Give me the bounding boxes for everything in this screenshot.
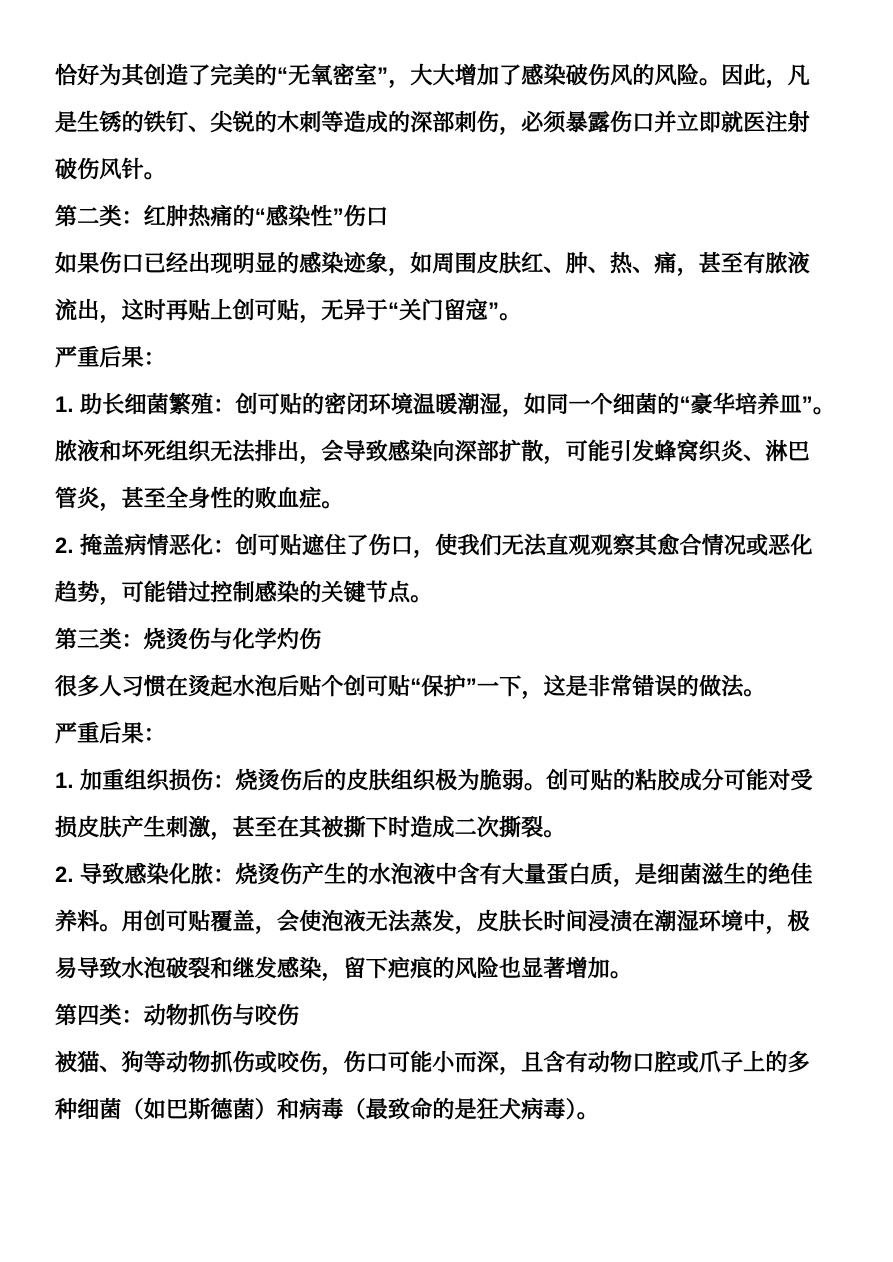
paragraph-line: 管炎，甚至全身性的败血症。 [55, 475, 865, 522]
list-item-line: 1. 助长细菌繁殖：创可贴的密闭环境温暖潮湿，如同一个细菌的“豪华培养皿”。 [55, 381, 865, 428]
consequences-label-line: 严重后果： [55, 334, 865, 381]
paragraph-line: 很多人习惯在烫起水泡后贴个创可贴“保护”一下，这是非常错误的做法。 [55, 663, 865, 710]
document-text-block: 恰好为其创造了完美的“无氧密室”，大大增加了感染破伤风的风险。因此，凡 是生锈的… [55, 52, 865, 1133]
section-heading-line: 第二类：红肿热痛的“感染性”伤口 [55, 193, 865, 240]
consequences-label-line: 严重后果： [55, 710, 865, 757]
section-heading-line: 第三类：烧烫伤与化学灼伤 [55, 616, 865, 663]
paragraph-line: 脓液和坏死组织无法排出，会导致感染向深部扩散，可能引发蜂窝织炎、淋巴 [55, 428, 865, 475]
paragraph-line: 种细菌（如巴斯德菌）和病毒（最致命的是狂犬病毒）。 [55, 1086, 865, 1133]
list-item-line: 2. 导致感染化脓：烧烫伤产生的水泡液中含有大量蛋白质，是细菌滋生的绝佳 [55, 851, 865, 898]
paragraph-line: 是生锈的铁钉、尖锐的木刺等造成的深部刺伤，必须暴露伤口并立即就医注射 [55, 99, 865, 146]
list-item-line: 2. 掩盖病情恶化：创可贴遮住了伤口，使我们无法直观观察其愈合情况或恶化 [55, 522, 865, 569]
document-page: 恰好为其创造了完美的“无氧密室”，大大增加了感染破伤风的风险。因此，凡 是生锈的… [0, 0, 893, 1262]
list-item-line: 1. 加重组织损伤：烧烫伤后的皮肤组织极为脆弱。创可贴的粘胶成分可能对受 [55, 757, 865, 804]
paragraph-line: 易导致水泡破裂和继发感染，留下疤痕的风险也显著增加。 [55, 945, 865, 992]
section-heading-line: 第四类：动物抓伤与咬伤 [55, 992, 865, 1039]
paragraph-line: 如果伤口已经出现明显的感染迹象，如周围皮肤红、肿、热、痛，甚至有脓液 [55, 240, 865, 287]
paragraph-line: 趋势，可能错过控制感染的关键节点。 [55, 569, 865, 616]
paragraph-line: 养料。用创可贴覆盖，会使泡液无法蒸发，皮肤长时间浸渍在潮湿环境中，极 [55, 898, 865, 945]
paragraph-line: 破伤风针。 [55, 146, 865, 193]
paragraph-line: 恰好为其创造了完美的“无氧密室”，大大增加了感染破伤风的风险。因此，凡 [55, 52, 865, 99]
paragraph-line: 被猫、狗等动物抓伤或咬伤，伤口可能小而深，且含有动物口腔或爪子上的多 [55, 1039, 865, 1086]
paragraph-line: 流出，这时再贴上创可贴，无异于“关门留寇”。 [55, 287, 865, 334]
paragraph-line: 损皮肤产生刺激，甚至在其被撕下时造成二次撕裂。 [55, 804, 865, 851]
